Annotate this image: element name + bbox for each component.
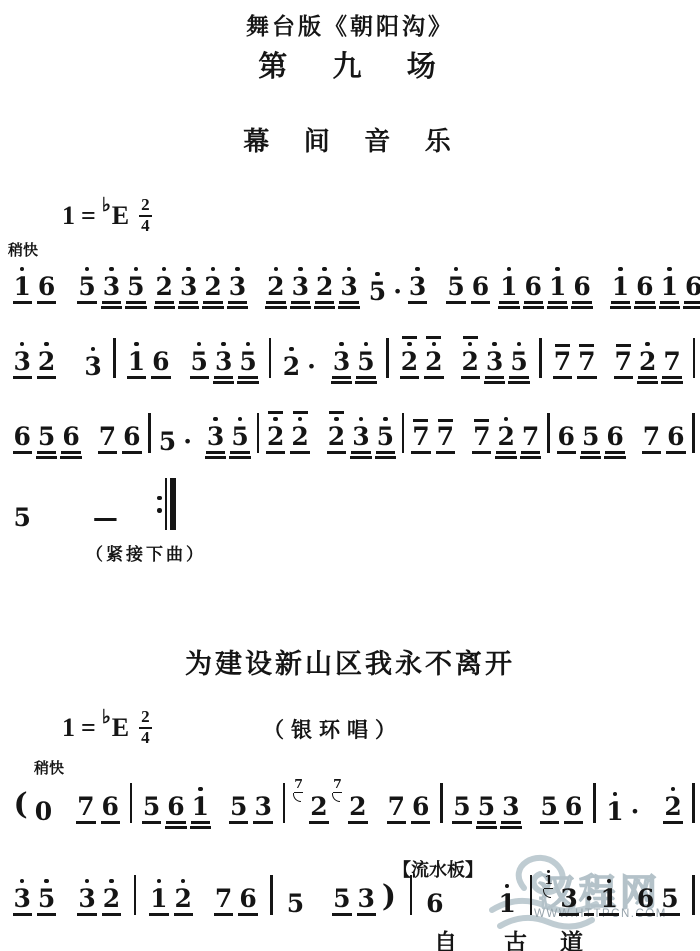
octave-dot bbox=[645, 342, 650, 347]
note-digit: 2 bbox=[282, 354, 301, 379]
grace-slur-icon bbox=[543, 889, 551, 898]
overline-mark bbox=[402, 336, 417, 339]
note: 6 bbox=[572, 274, 591, 304]
note-digit: 7 bbox=[577, 349, 596, 379]
octave-dot bbox=[415, 267, 420, 272]
note: 2 bbox=[266, 411, 285, 454]
note-digit: 5 bbox=[356, 349, 375, 379]
spacer bbox=[621, 915, 633, 916]
octave-dot bbox=[375, 272, 380, 277]
note-digit: 2 bbox=[155, 274, 174, 304]
tonic-number: 1 bbox=[62, 201, 75, 231]
octave-dot bbox=[359, 417, 364, 422]
note-digit: 6 bbox=[684, 274, 700, 304]
note-digit: 3 bbox=[357, 886, 376, 916]
note: 2 bbox=[663, 787, 682, 825]
note: 5 bbox=[229, 794, 248, 824]
barline bbox=[269, 338, 272, 378]
note-digit: 6 bbox=[572, 274, 591, 304]
note-digit: 1 bbox=[548, 274, 567, 304]
octave-dot bbox=[618, 267, 623, 272]
barline bbox=[547, 413, 550, 453]
spacer bbox=[59, 915, 75, 916]
barline bbox=[440, 783, 443, 823]
note-digit: · bbox=[584, 886, 595, 916]
note: 6 bbox=[166, 794, 185, 824]
note: 7 bbox=[521, 424, 540, 454]
note-digit: ) bbox=[381, 882, 397, 916]
note: 1 bbox=[548, 267, 567, 305]
octave-dot bbox=[44, 879, 49, 884]
overline-mark bbox=[463, 336, 478, 339]
rest-note: 0 bbox=[34, 799, 53, 824]
note: 3 bbox=[351, 417, 370, 455]
overline-mark bbox=[426, 336, 441, 339]
note-digit: 5 bbox=[77, 274, 96, 304]
duration-dot: · bbox=[392, 279, 403, 304]
note: 7 bbox=[98, 424, 117, 454]
note-digit: 6 bbox=[13, 424, 32, 454]
flat-sign-icon: ♭ bbox=[102, 194, 111, 217]
grace-note: 7 bbox=[294, 778, 303, 802]
octave-dot bbox=[322, 267, 327, 272]
measure: 5·35 bbox=[153, 417, 254, 455]
note: 6 bbox=[471, 274, 490, 304]
duration-dot: · bbox=[584, 886, 595, 916]
note-digit: 6 bbox=[666, 424, 685, 454]
octave-dot bbox=[347, 267, 352, 272]
grace-digit: 7 bbox=[333, 778, 342, 793]
note: 2 bbox=[496, 417, 515, 455]
note: 2 bbox=[424, 336, 443, 379]
note-digit: 6 bbox=[471, 274, 490, 304]
barline bbox=[386, 338, 389, 378]
note-digit: 7 bbox=[387, 794, 406, 824]
note: 5 bbox=[446, 267, 465, 305]
note-digit: 3 bbox=[501, 794, 520, 824]
measure: 2·35 bbox=[277, 342, 380, 380]
octave-dot bbox=[85, 879, 90, 884]
note-digit: 5 bbox=[13, 505, 32, 530]
octave-dot bbox=[246, 342, 251, 347]
note: 5 bbox=[660, 886, 679, 916]
note: 3 bbox=[501, 794, 520, 824]
note: 6 bbox=[564, 794, 583, 824]
measure: 1276 bbox=[145, 879, 263, 917]
note-digit: 6 bbox=[151, 349, 170, 379]
note-digit: 1 bbox=[611, 274, 630, 304]
note-digit: 2 bbox=[266, 424, 285, 454]
meter-denominator: 4 bbox=[139, 727, 152, 748]
barline bbox=[593, 783, 596, 823]
measure: 5— bbox=[8, 505, 149, 530]
note: 2 bbox=[290, 411, 309, 454]
note-digit: · bbox=[306, 354, 317, 379]
note: 6 bbox=[151, 349, 170, 379]
note: 6 bbox=[636, 886, 655, 916]
note-digit: 6 bbox=[605, 424, 624, 454]
note: 7 bbox=[436, 419, 455, 455]
spacer bbox=[599, 378, 611, 379]
note: 5 bbox=[230, 417, 249, 455]
octave-dot bbox=[20, 879, 25, 884]
octave-dot bbox=[364, 342, 369, 347]
octave-dot bbox=[432, 342, 437, 347]
note: 2 bbox=[638, 342, 657, 380]
octave-dot bbox=[613, 792, 618, 797]
note: 6 bbox=[605, 424, 624, 454]
note: 5 bbox=[376, 417, 395, 455]
spacer bbox=[195, 453, 203, 454]
barline bbox=[130, 783, 133, 823]
note-digit: 5 bbox=[230, 424, 249, 454]
note-digit: 2 bbox=[400, 349, 419, 379]
note-digit: 3 bbox=[83, 354, 102, 379]
octave-dot bbox=[85, 267, 90, 272]
meter-numerator: 2 bbox=[141, 196, 150, 215]
spacer bbox=[59, 378, 81, 379]
note-digit: 5 bbox=[126, 274, 145, 304]
note-digit: 2 bbox=[174, 886, 193, 916]
note: 1 bbox=[127, 342, 146, 380]
music-line: 35321276553)6131·165 bbox=[8, 868, 695, 916]
tonic-number: 1 bbox=[62, 713, 75, 743]
note: 3 bbox=[357, 886, 376, 916]
note: 2 bbox=[37, 342, 56, 380]
note-digit: 5 bbox=[368, 279, 387, 304]
barline bbox=[402, 413, 405, 453]
note-digit: 3 bbox=[77, 886, 96, 916]
note-digit: 2 bbox=[348, 794, 367, 824]
note-digit: 5 bbox=[332, 886, 351, 916]
note-digit: 1 bbox=[497, 891, 516, 916]
lyric-syllable: 自 bbox=[434, 924, 457, 951]
spacer bbox=[59, 303, 75, 304]
octave-dot bbox=[197, 342, 202, 347]
note: 7 bbox=[553, 344, 572, 380]
note-digit: 5 bbox=[158, 429, 177, 454]
octave-dot bbox=[289, 347, 294, 352]
note-digit: 7 bbox=[642, 424, 661, 454]
octave-dot bbox=[274, 267, 279, 272]
spacer bbox=[447, 915, 495, 916]
measure: 16161616 bbox=[495, 267, 700, 305]
duration-dot: · bbox=[182, 429, 193, 454]
note-digit: 6 bbox=[37, 274, 56, 304]
octave-dot bbox=[213, 417, 218, 422]
octave-dot bbox=[383, 417, 388, 422]
note-digit: 6 bbox=[122, 424, 141, 454]
scene-title: 第 九 场 bbox=[0, 44, 700, 85]
measure: 323 bbox=[8, 342, 107, 380]
repeat-end-barline bbox=[157, 478, 176, 530]
note: 1 bbox=[191, 787, 210, 825]
time-signature: 24 bbox=[139, 708, 152, 747]
octave-dot bbox=[607, 879, 612, 884]
note-digit: · bbox=[392, 279, 403, 304]
singer-label: （银环唱） bbox=[263, 714, 403, 744]
note-digit: 2 bbox=[290, 424, 309, 454]
note-digit: 3 bbox=[339, 274, 358, 304]
measure: 61 bbox=[421, 884, 522, 917]
note: 3 bbox=[13, 879, 32, 917]
note-digit: 7 bbox=[553, 349, 572, 379]
barline bbox=[113, 338, 116, 378]
spacer bbox=[643, 823, 661, 824]
barline bbox=[692, 413, 695, 453]
note-digit: 3 bbox=[253, 794, 272, 824]
note: 7 bbox=[642, 424, 661, 454]
measure: 16535 bbox=[8, 267, 150, 305]
spacer bbox=[308, 915, 330, 916]
barline bbox=[257, 413, 260, 453]
note-digit: 3 bbox=[351, 424, 370, 454]
note-digit: 5 bbox=[229, 794, 248, 824]
note-digit: 5 bbox=[446, 274, 465, 304]
repeat-dots bbox=[157, 492, 162, 517]
measure: 65676 bbox=[8, 424, 146, 454]
sheet-music-page: 汉程网 WWW.HTTPCN.COM 舞台版《朝阳沟》 第 九 场 幕 间 音 … bbox=[0, 0, 700, 951]
octave-dot bbox=[492, 342, 497, 347]
spacer bbox=[121, 529, 147, 530]
octave-dot bbox=[238, 417, 243, 422]
note-digit: 6 bbox=[238, 886, 257, 916]
note: 5 bbox=[477, 794, 496, 824]
note-digit: 5 bbox=[509, 349, 528, 379]
parenthesis: ( bbox=[13, 790, 29, 824]
segue-note: （紧接下曲） bbox=[86, 540, 206, 565]
note-digit: 7 bbox=[472, 424, 491, 454]
note-digit: 2 bbox=[663, 794, 682, 824]
note: 6 bbox=[425, 891, 444, 916]
measure: 272776 bbox=[290, 794, 435, 824]
octave-dot bbox=[334, 417, 339, 422]
note-digit: 2 bbox=[37, 349, 56, 379]
overline-mark bbox=[293, 411, 308, 414]
note-digit: 5 bbox=[581, 424, 600, 454]
note-digit: 3 bbox=[206, 424, 225, 454]
grace-note: 1 bbox=[544, 870, 553, 898]
barline bbox=[693, 338, 696, 378]
measure: 3532 bbox=[8, 879, 126, 917]
barline bbox=[530, 875, 533, 915]
note-digit: 6 bbox=[635, 274, 654, 304]
barline bbox=[692, 875, 695, 915]
octave-dot bbox=[134, 342, 139, 347]
note: 6 bbox=[411, 794, 430, 824]
tonic-letter: E bbox=[112, 713, 129, 743]
octave-dot bbox=[186, 267, 191, 272]
lyric-syllable: 道 bbox=[560, 924, 583, 951]
octave-dot bbox=[555, 267, 560, 272]
note-digit: 3 bbox=[559, 886, 578, 916]
octave-dot bbox=[504, 417, 509, 422]
octave-dot bbox=[505, 884, 510, 889]
note: 1 bbox=[660, 267, 679, 305]
grace-digit: 7 bbox=[294, 778, 303, 793]
note-digit: 2 bbox=[461, 349, 480, 379]
note-digit: · bbox=[182, 429, 193, 454]
note: 1 bbox=[599, 879, 618, 917]
note: 3 bbox=[102, 267, 121, 305]
note: 6 bbox=[101, 794, 120, 824]
octave-dot bbox=[134, 267, 139, 272]
note: 7 bbox=[614, 344, 633, 380]
measure: 77727 bbox=[407, 417, 545, 455]
note-digit: 5 bbox=[376, 424, 395, 454]
spacer bbox=[250, 303, 264, 304]
note-digit: 1 bbox=[13, 274, 32, 304]
spacer bbox=[446, 378, 458, 379]
note-digit: 6 bbox=[557, 424, 576, 454]
note: 6 bbox=[13, 424, 32, 454]
measure: 56153 bbox=[137, 787, 277, 825]
section1-title: 幕 间 音 乐 bbox=[0, 121, 700, 158]
octave-dot bbox=[273, 417, 278, 422]
note-digit: 2 bbox=[315, 274, 334, 304]
note-digit: · bbox=[630, 799, 641, 824]
note-digit: 1 bbox=[599, 886, 618, 916]
note: 6 bbox=[61, 424, 80, 454]
octave-dot bbox=[339, 342, 344, 347]
octave-dot bbox=[198, 787, 203, 792]
grace-slur-icon bbox=[293, 793, 301, 802]
note-digit: 3 bbox=[214, 349, 233, 379]
music-line: 323165352·352223577727 bbox=[8, 331, 695, 379]
note-digit: 2 bbox=[638, 349, 657, 379]
spacer bbox=[523, 823, 537, 824]
spacer bbox=[173, 378, 187, 379]
note: 3 bbox=[408, 267, 427, 305]
note-digit: 7 bbox=[98, 424, 117, 454]
meter-denominator: 4 bbox=[139, 215, 152, 236]
parenthesis: ) bbox=[381, 882, 397, 916]
note: 1 bbox=[611, 267, 630, 305]
banshi-label: 【流水板】 bbox=[393, 856, 483, 882]
octave-dot bbox=[44, 342, 49, 347]
barline bbox=[270, 875, 273, 915]
note: 3 bbox=[214, 342, 233, 380]
note: 6 bbox=[122, 424, 141, 454]
note: 5 bbox=[452, 794, 471, 824]
overline-mark bbox=[329, 411, 344, 414]
thick-barline bbox=[170, 478, 176, 530]
note-digit: 3 bbox=[485, 349, 504, 379]
note: 5 bbox=[37, 879, 56, 917]
note-digit: 5 bbox=[286, 891, 305, 916]
note: 5 bbox=[368, 272, 387, 305]
note: 7 bbox=[214, 886, 233, 916]
note-digit: 5 bbox=[37, 886, 56, 916]
note-digit: 6 bbox=[524, 274, 543, 304]
note-digit: 7 bbox=[614, 349, 633, 379]
note-digit: 6 bbox=[101, 794, 120, 824]
note: 3 bbox=[339, 267, 358, 305]
note-digit: 2 bbox=[309, 794, 328, 824]
note: 7 bbox=[662, 349, 681, 379]
note: 6 bbox=[666, 424, 685, 454]
octave-dot bbox=[671, 787, 676, 792]
note-digit: 1 bbox=[149, 886, 168, 916]
thin-barline bbox=[165, 478, 168, 530]
note-digit: 1 bbox=[605, 799, 624, 824]
note-digit: 2 bbox=[203, 274, 222, 304]
spacer bbox=[56, 823, 74, 824]
measure: 65676 bbox=[552, 424, 690, 454]
note-digit: 3 bbox=[13, 349, 32, 379]
note-digit: 5 bbox=[142, 794, 161, 824]
note-digit: 3 bbox=[102, 274, 121, 304]
note: 6 bbox=[37, 274, 56, 304]
note-digit: 2 bbox=[496, 424, 515, 454]
note-digit: 2 bbox=[102, 886, 121, 916]
note: 2 bbox=[327, 411, 346, 454]
duration-dot: · bbox=[306, 354, 317, 379]
note: 31 bbox=[559, 886, 578, 916]
note: 5 bbox=[332, 886, 351, 916]
octave-dot bbox=[517, 342, 522, 347]
note-digit: 5 bbox=[190, 349, 209, 379]
note: 3 bbox=[228, 267, 247, 305]
barline bbox=[539, 338, 542, 378]
equals-sign: = bbox=[81, 713, 96, 743]
barline bbox=[134, 875, 137, 915]
octave-dot bbox=[298, 267, 303, 272]
note: 1 bbox=[13, 267, 32, 305]
spacer bbox=[594, 303, 608, 304]
note-digit: 7 bbox=[214, 886, 233, 916]
note-digit: 5 bbox=[660, 886, 679, 916]
note-digit: 1 bbox=[660, 274, 679, 304]
measure: 23232323 bbox=[150, 267, 363, 305]
spacer bbox=[319, 378, 329, 379]
note-digit: 3 bbox=[291, 274, 310, 304]
lyric-syllable: 古 bbox=[504, 924, 527, 951]
note: 5 bbox=[37, 424, 56, 454]
note: 1 bbox=[499, 267, 518, 305]
note-digit: 5 bbox=[238, 349, 257, 379]
music-line: 656765·35222357772765676 bbox=[8, 406, 695, 454]
note: 3 bbox=[179, 267, 198, 305]
note-digit: — bbox=[92, 505, 119, 530]
note-digit: 7 bbox=[436, 424, 455, 454]
spacer bbox=[195, 915, 211, 916]
note-digit: 6 bbox=[61, 424, 80, 454]
note: 27 bbox=[348, 794, 367, 824]
measure: 22235 bbox=[261, 411, 399, 454]
note-digit: 5 bbox=[37, 424, 56, 454]
octave-dot bbox=[454, 267, 459, 272]
note: 3 bbox=[206, 417, 225, 455]
spacer bbox=[312, 453, 324, 454]
octave-dot bbox=[109, 267, 114, 272]
note: 2 bbox=[155, 267, 174, 305]
note: 5 bbox=[158, 429, 177, 454]
note: 5 bbox=[509, 342, 528, 380]
note-digit: 1 bbox=[191, 794, 210, 824]
note-digit: 3 bbox=[332, 349, 351, 379]
note: 5 bbox=[581, 424, 600, 454]
music-line: 16535232323235·3561616161611612 bbox=[8, 256, 695, 304]
note-digit: 6 bbox=[411, 794, 430, 824]
note: 2 bbox=[282, 347, 301, 380]
note: 7 bbox=[472, 419, 491, 455]
section2-tempo-mark: 稍快 bbox=[34, 757, 64, 778]
flat-sign-icon: ♭ bbox=[102, 706, 111, 729]
note-digit: 7 bbox=[411, 424, 430, 454]
note: 6 bbox=[684, 274, 700, 304]
note: 2 bbox=[102, 879, 121, 917]
